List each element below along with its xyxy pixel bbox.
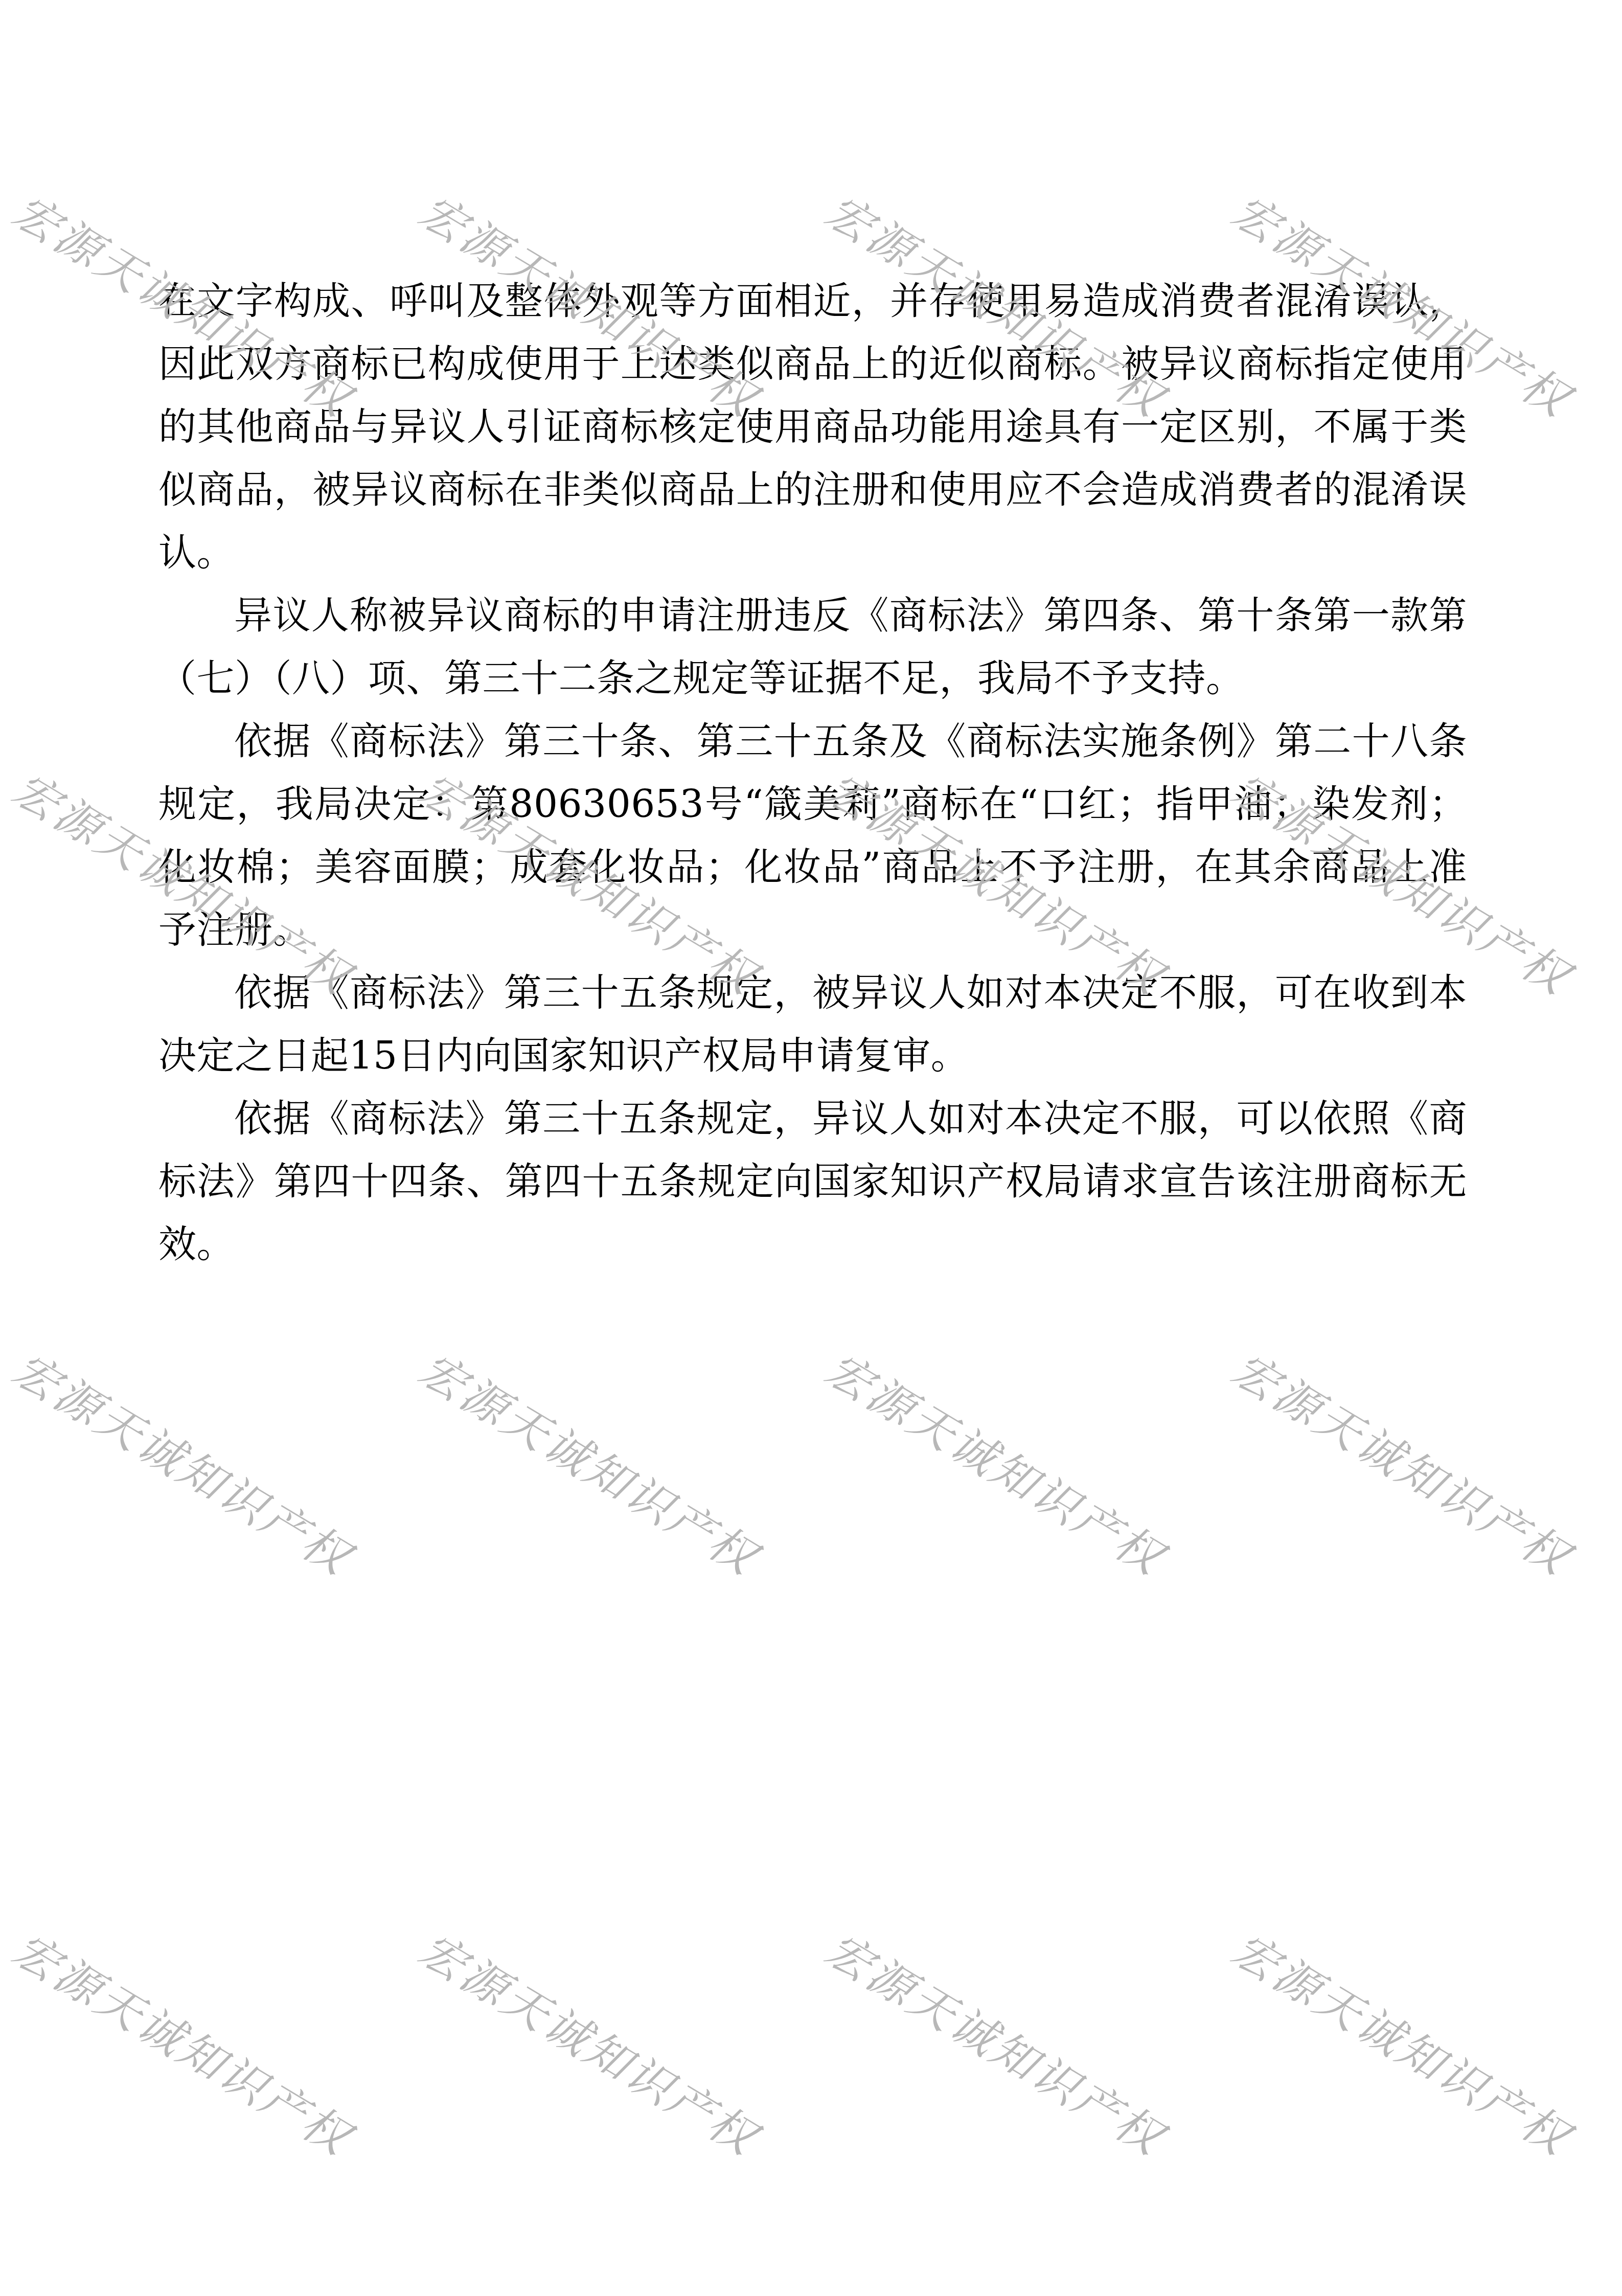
watermark: 宏源天诚知识产权 xyxy=(815,1334,1199,1600)
watermark: 宏源天诚知识产权 xyxy=(3,1334,386,1600)
document-page: 在文字构成、呼叫及整体外观等方面相近，并存使用易造成消费者混淆误认，因此双方商标… xyxy=(0,0,1622,2296)
paragraph-decision: 依据《商标法》第三十条、第三十五条及《商标法实施条例》第二十八条规定，我局决定：… xyxy=(158,710,1467,962)
paragraph-insufficient-evidence: 异议人称被异议商标的申请注册违反《商标法》第四条、第十条第一款第（七）（八）项、… xyxy=(158,584,1467,710)
decision-body: 在文字构成、呼叫及整体外观等方面相近，并存使用易造成消费者混淆误认，因此双方商标… xyxy=(158,270,1467,1276)
watermark: 宏源天诚知识产权 xyxy=(3,1915,386,2180)
watermark: 宏源天诚知识产权 xyxy=(815,1915,1199,2180)
watermark: 宏源天诚知识产权 xyxy=(409,1334,793,1600)
watermark: 宏源天诚知识产权 xyxy=(1222,1334,1606,1600)
paragraph-invalidation-right-opponent: 依据《商标法》第三十五条规定，异议人如对本决定不服，可以依照《商标法》第四十四条… xyxy=(158,1087,1467,1276)
watermark: 宏源天诚知识产权 xyxy=(409,1915,793,2180)
paragraph-review-right-opposed: 依据《商标法》第三十五条规定，被异议人如对本决定不服，可在收到本决定之日起15日… xyxy=(158,962,1467,1087)
watermark: 宏源天诚知识产权 xyxy=(1222,1915,1606,2180)
paragraph-similarity-analysis: 在文字构成、呼叫及整体外观等方面相近，并存使用易造成消费者混淆误认，因此双方商标… xyxy=(158,270,1467,584)
